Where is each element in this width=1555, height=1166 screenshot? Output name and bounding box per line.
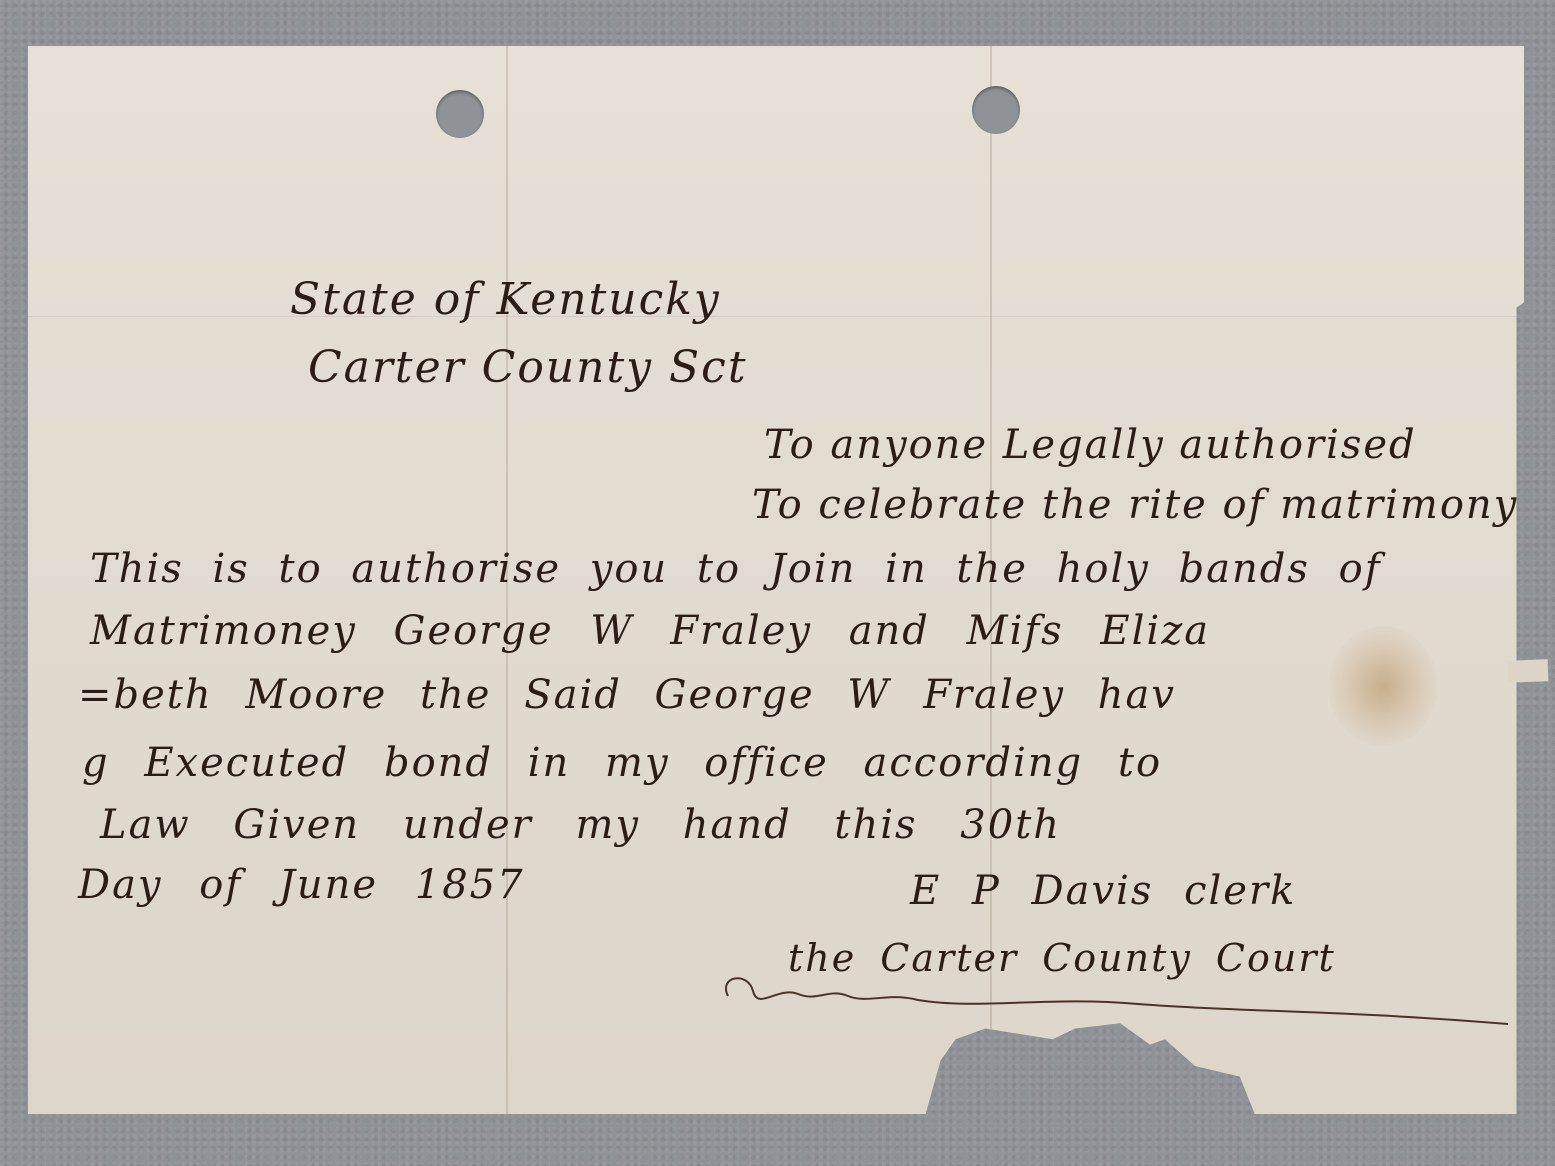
address-line-1: To anyone Legally authorised xyxy=(764,422,1417,468)
body-line-2: Matrimoney George W Fraley and Mifs Eliz… xyxy=(90,608,1210,654)
ink-stain xyxy=(1328,626,1438,746)
address-line-2: To celebrate the rite of matrimony xyxy=(752,482,1518,528)
date-line: Day of June 1857 xyxy=(78,862,525,908)
signature-name: E P Davis clerk xyxy=(910,868,1296,914)
fold-crease xyxy=(28,316,1524,317)
punch-hole-icon xyxy=(972,86,1020,134)
heading-county: Carter County Sct xyxy=(308,342,748,393)
heading-state: State of Kentucky xyxy=(290,274,721,325)
body-line-5: Law Given under my hand this 30th xyxy=(100,802,1061,848)
punch-hole-icon xyxy=(436,90,484,138)
body-line-1: This is to authorise you to Join in the … xyxy=(90,546,1382,592)
body-line-4: g Executed bond in my office according t… xyxy=(82,740,1162,786)
document-page: State of Kentucky Carter County Sct To a… xyxy=(28,46,1524,1114)
paper-tab xyxy=(1508,659,1549,682)
signature-flourish-icon xyxy=(718,966,1518,1036)
body-line-3: =beth Moore the Said George W Fraley hav xyxy=(78,672,1176,718)
